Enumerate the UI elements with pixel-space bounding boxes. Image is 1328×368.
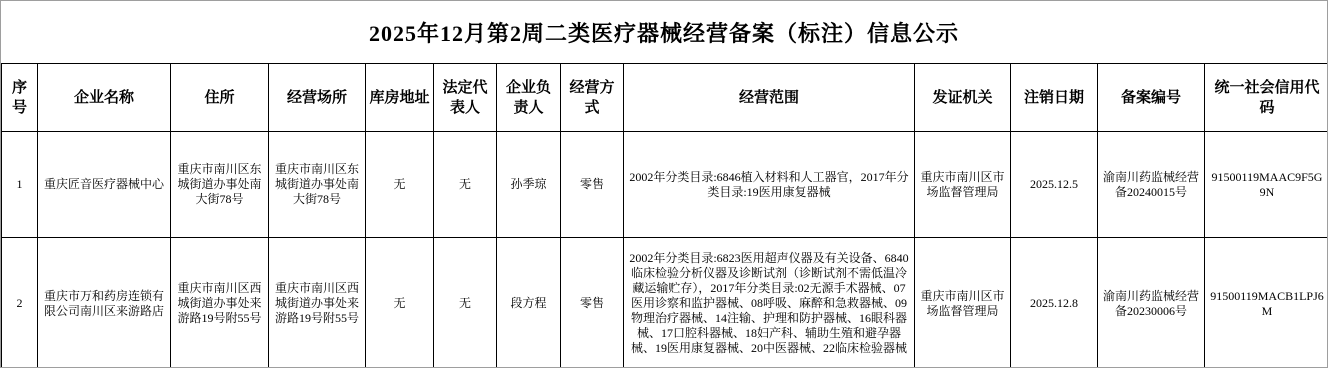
header-cell-legal-rep: 法定代表人 — [434, 64, 497, 132]
header-cell-warehouse: 库房地址 — [366, 64, 434, 132]
cell-index: 1 — [2, 132, 38, 238]
cell-index: 2 — [2, 238, 38, 368]
cell-premises: 重庆市南川区东城街道办事处南大街78号 — [269, 132, 366, 238]
header-cell-authority: 发证机关 — [915, 64, 1011, 132]
announcement-page: 2025年12月第2周二类医疗器械经营备案（标注）信息公示 序号 企业名称 住所… — [0, 0, 1328, 368]
header-cell-company: 企业名称 — [38, 64, 171, 132]
title-bar: 2025年12月第2周二类医疗器械经营备案（标注）信息公示 — [1, 1, 1327, 63]
cell-address: 重庆市南川区西城街道办事处来游路19号附55号 — [171, 238, 269, 368]
cell-person-in-charge: 孙季琼 — [497, 132, 561, 238]
cell-cancel-date: 2025.12.8 — [1011, 238, 1098, 368]
header-cell-person-in-charge: 企业负责人 — [497, 64, 561, 132]
cell-cancel-date: 2025.12.5 — [1011, 132, 1098, 238]
cell-warehouse: 无 — [366, 132, 434, 238]
cell-mode: 零售 — [561, 132, 624, 238]
cell-address: 重庆市南川区东城街道办事处南大街78号 — [171, 132, 269, 238]
cell-person-in-charge: 段方程 — [497, 238, 561, 368]
cell-warehouse: 无 — [366, 238, 434, 368]
header-cell-record-no: 备案编号 — [1098, 64, 1205, 132]
cell-scope: 2002年分类目录:6846植入材料和人工器官，2017年分类目录:19医用康复… — [624, 132, 915, 238]
cell-record-no: 渝南川药监械经营备20240015号 — [1098, 132, 1205, 238]
cell-legal-rep: 无 — [434, 132, 497, 238]
cell-premises: 重庆市南川区西城街道办事处来游路19号附55号 — [269, 238, 366, 368]
header-cell-premises: 经营场所 — [269, 64, 366, 132]
cell-scope: 2002年分类目录:6823医用超声仪器及有关设备、6840临床检验分析仪器及诊… — [624, 238, 915, 368]
cell-credit-code: 91500119MAAC9F5G9N — [1205, 132, 1328, 238]
cell-record-no: 渝南川药监械经营备20230006号 — [1098, 238, 1205, 368]
header-cell-mode: 经营方式 — [561, 64, 624, 132]
table-row: 1 重庆匠音医疗器械中心 重庆市南川区东城街道办事处南大街78号 重庆市南川区东… — [2, 132, 1328, 238]
cell-legal-rep: 无 — [434, 238, 497, 368]
header-cell-cancel-date: 注销日期 — [1011, 64, 1098, 132]
header-cell-address: 住所 — [171, 64, 269, 132]
header-cell-credit-code: 统一社会信用代码 — [1205, 64, 1328, 132]
header-cell-scope: 经营范围 — [624, 64, 915, 132]
table-header-row: 序号 企业名称 住所 经营场所 库房地址 法定代表人 企业负责人 经营方式 经营… — [2, 64, 1328, 132]
page-title: 2025年12月第2周二类医疗器械经营备案（标注）信息公示 — [369, 17, 959, 48]
cell-authority: 重庆市南川区市场监督管理局 — [915, 132, 1011, 238]
cell-authority: 重庆市南川区市场监督管理局 — [915, 238, 1011, 368]
cell-credit-code: 91500119MACB1LPJ6M — [1205, 238, 1328, 368]
cell-company: 重庆市万和药房连锁有限公司南川区来游路店 — [38, 238, 171, 368]
header-cell-index: 序号 — [2, 64, 38, 132]
table-row: 2 重庆市万和药房连锁有限公司南川区来游路店 重庆市南川区西城街道办事处来游路1… — [2, 238, 1328, 368]
cell-company: 重庆匠音医疗器械中心 — [38, 132, 171, 238]
record-table: 序号 企业名称 住所 经营场所 库房地址 法定代表人 企业负责人 经营方式 经营… — [1, 63, 1328, 368]
cell-mode: 零售 — [561, 238, 624, 368]
